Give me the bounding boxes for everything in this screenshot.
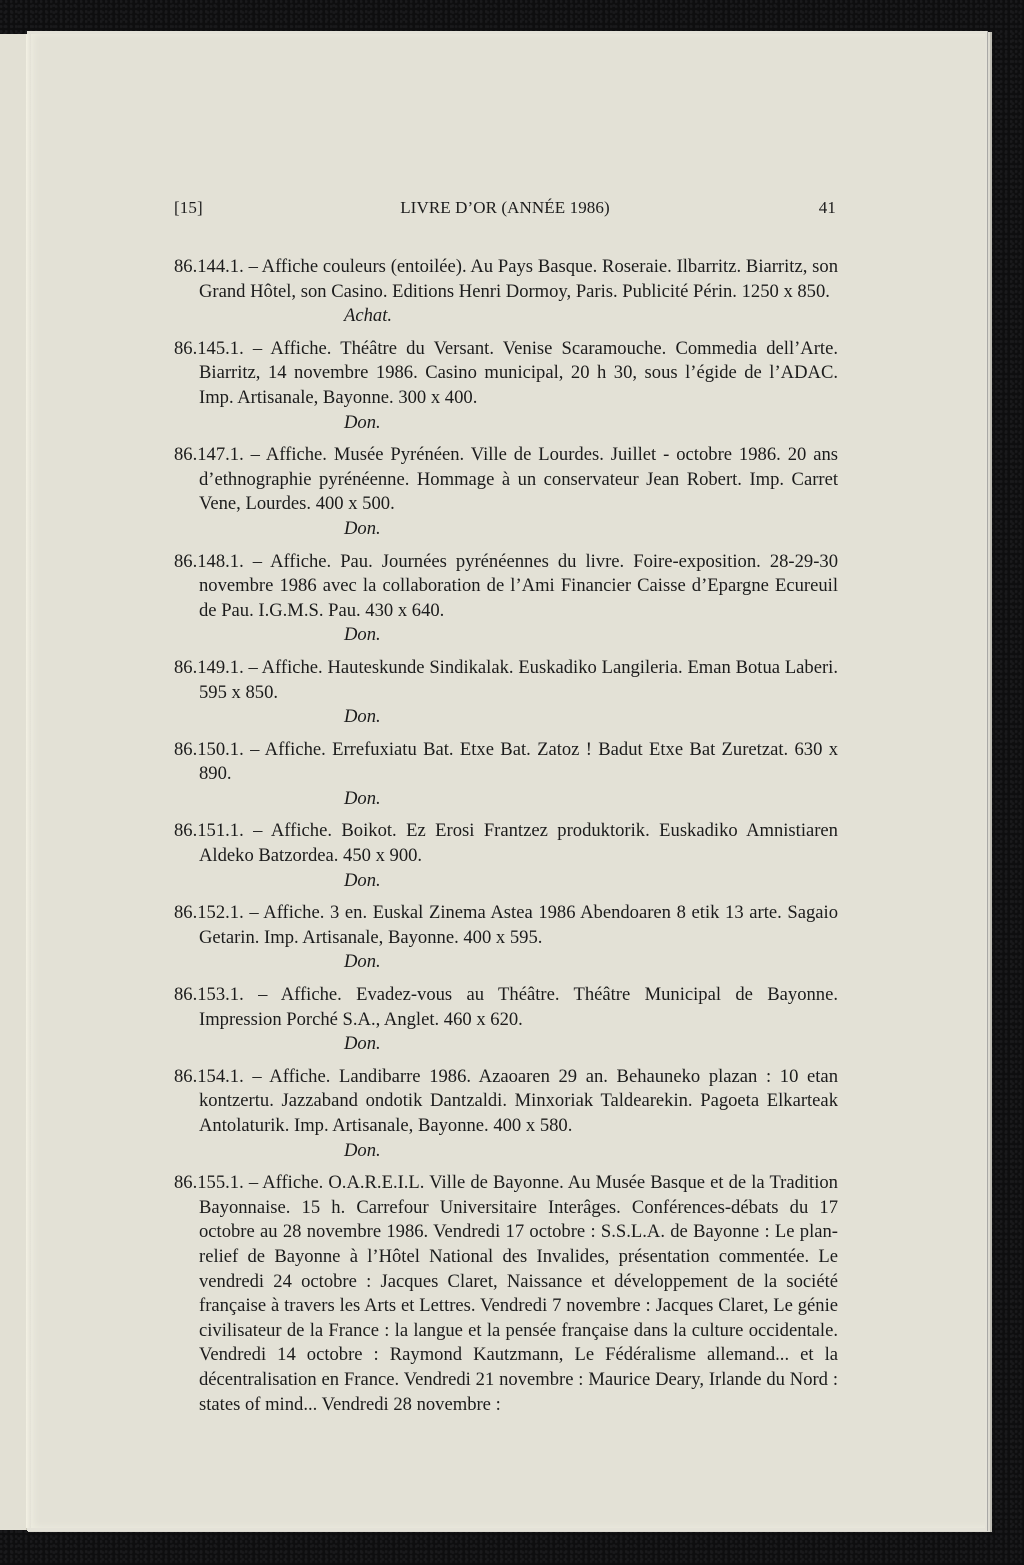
catalogue-entry: 86.153.1. – Affiche. Evadez-vous au Théâ… bbox=[174, 983, 838, 1057]
entry-ref: 86.151.1. bbox=[174, 820, 244, 841]
entry-text: – Affiche. Musée Pyrénéen. Ville de Lour… bbox=[199, 444, 838, 514]
catalogue-entry: 86.147.1. – Affiche. Musée Pyrénéen. Vil… bbox=[174, 443, 838, 541]
entry-text: – Affiche. Errefuxiatu Bat. Etxe Bat. Za… bbox=[199, 739, 838, 785]
page-number: 41 bbox=[819, 196, 836, 220]
running-title: LIVRE D’OR (ANNÉE 1986) bbox=[174, 196, 836, 220]
catalogue-entry: 86.151.1. – Affiche. Boikot. Ez Erosi Fr… bbox=[174, 819, 838, 893]
entry-acquisition: Don. bbox=[174, 1139, 838, 1164]
entry-text: – Affiche. Théâtre du Versant. Venise Sc… bbox=[199, 338, 838, 408]
catalogue-entry: 86.149.1. – Affiche. Hauteskunde Sindika… bbox=[174, 656, 838, 730]
entry-text: – Affiche. 3 en. Euskal Zinema Astea 198… bbox=[199, 902, 838, 948]
entry-text: – Affiche. Pau. Journées pyrénéennes du … bbox=[199, 551, 838, 621]
entry-ref: 86.150.1. bbox=[174, 739, 244, 760]
entry-ref: 86.152.1. bbox=[174, 902, 244, 923]
entry-ref: 86.148.1. bbox=[174, 551, 244, 572]
entry-text: – Affiche couleurs (entoilée). Au Pays B… bbox=[199, 256, 838, 302]
entry-text: – Affiche. O.A.R.E.I.L. Ville de Bayonne… bbox=[199, 1172, 838, 1414]
catalogue-entry: 86.152.1. – Affiche. 3 en. Euskal Zinema… bbox=[174, 901, 838, 975]
entry-acquisition: Don. bbox=[174, 517, 838, 542]
entry-acquisition: Don. bbox=[174, 411, 838, 436]
entry-acquisition: Don. bbox=[174, 705, 838, 730]
catalogue-entry: 86.155.1. – Affiche. O.A.R.E.I.L. Ville … bbox=[174, 1171, 838, 1417]
entry-ref: 86.154.1. bbox=[174, 1066, 244, 1087]
entry-ref: 86.155.1. bbox=[174, 1172, 244, 1193]
entry-acquisition: Don. bbox=[174, 1032, 838, 1057]
catalogue-entry: 86.148.1. – Affiche. Pau. Journées pyrén… bbox=[174, 550, 838, 648]
entry-ref: 86.149.1. bbox=[174, 657, 244, 678]
page-gutter bbox=[26, 34, 31, 1528]
catalogue-entry: 86.150.1. – Affiche. Errefuxiatu Bat. Et… bbox=[174, 738, 838, 812]
facing-page-edge bbox=[0, 34, 27, 1530]
entry-acquisition: Don. bbox=[174, 869, 838, 894]
entry-ref: 86.145.1. bbox=[174, 338, 244, 359]
entry-acquisition: Achat. bbox=[174, 304, 838, 329]
entry-acquisition: Don. bbox=[174, 950, 838, 975]
running-head: [15] LIVRE D’OR (ANNÉE 1986) 41 bbox=[174, 196, 836, 220]
catalogue-entries: 86.144.1. – Affiche couleurs (entoilée).… bbox=[174, 255, 838, 1425]
entry-ref: 86.153.1. bbox=[174, 984, 244, 1005]
entry-text: – Affiche. Landibarre 1986. Azaoaren 29 … bbox=[199, 1066, 838, 1136]
entry-text: – Affiche. Boikot. Ez Erosi Frantzez pro… bbox=[199, 820, 838, 866]
entry-acquisition: Don. bbox=[174, 623, 838, 648]
entry-text: – Affiche. Hauteskunde Sindikalak. Euska… bbox=[199, 657, 838, 703]
entry-text: – Affiche. Evadez-vous au Théâtre. Théât… bbox=[199, 984, 838, 1030]
entry-acquisition: Don. bbox=[174, 787, 838, 812]
catalogue-entry: 86.144.1. – Affiche couleurs (entoilée).… bbox=[174, 255, 838, 329]
entry-ref: 86.144.1. bbox=[174, 256, 244, 277]
catalogue-entry: 86.154.1. – Affiche. Landibarre 1986. Az… bbox=[174, 1065, 838, 1163]
catalogue-entry: 86.145.1. – Affiche. Théâtre du Versant.… bbox=[174, 337, 838, 435]
entry-ref: 86.147.1. bbox=[174, 444, 244, 465]
